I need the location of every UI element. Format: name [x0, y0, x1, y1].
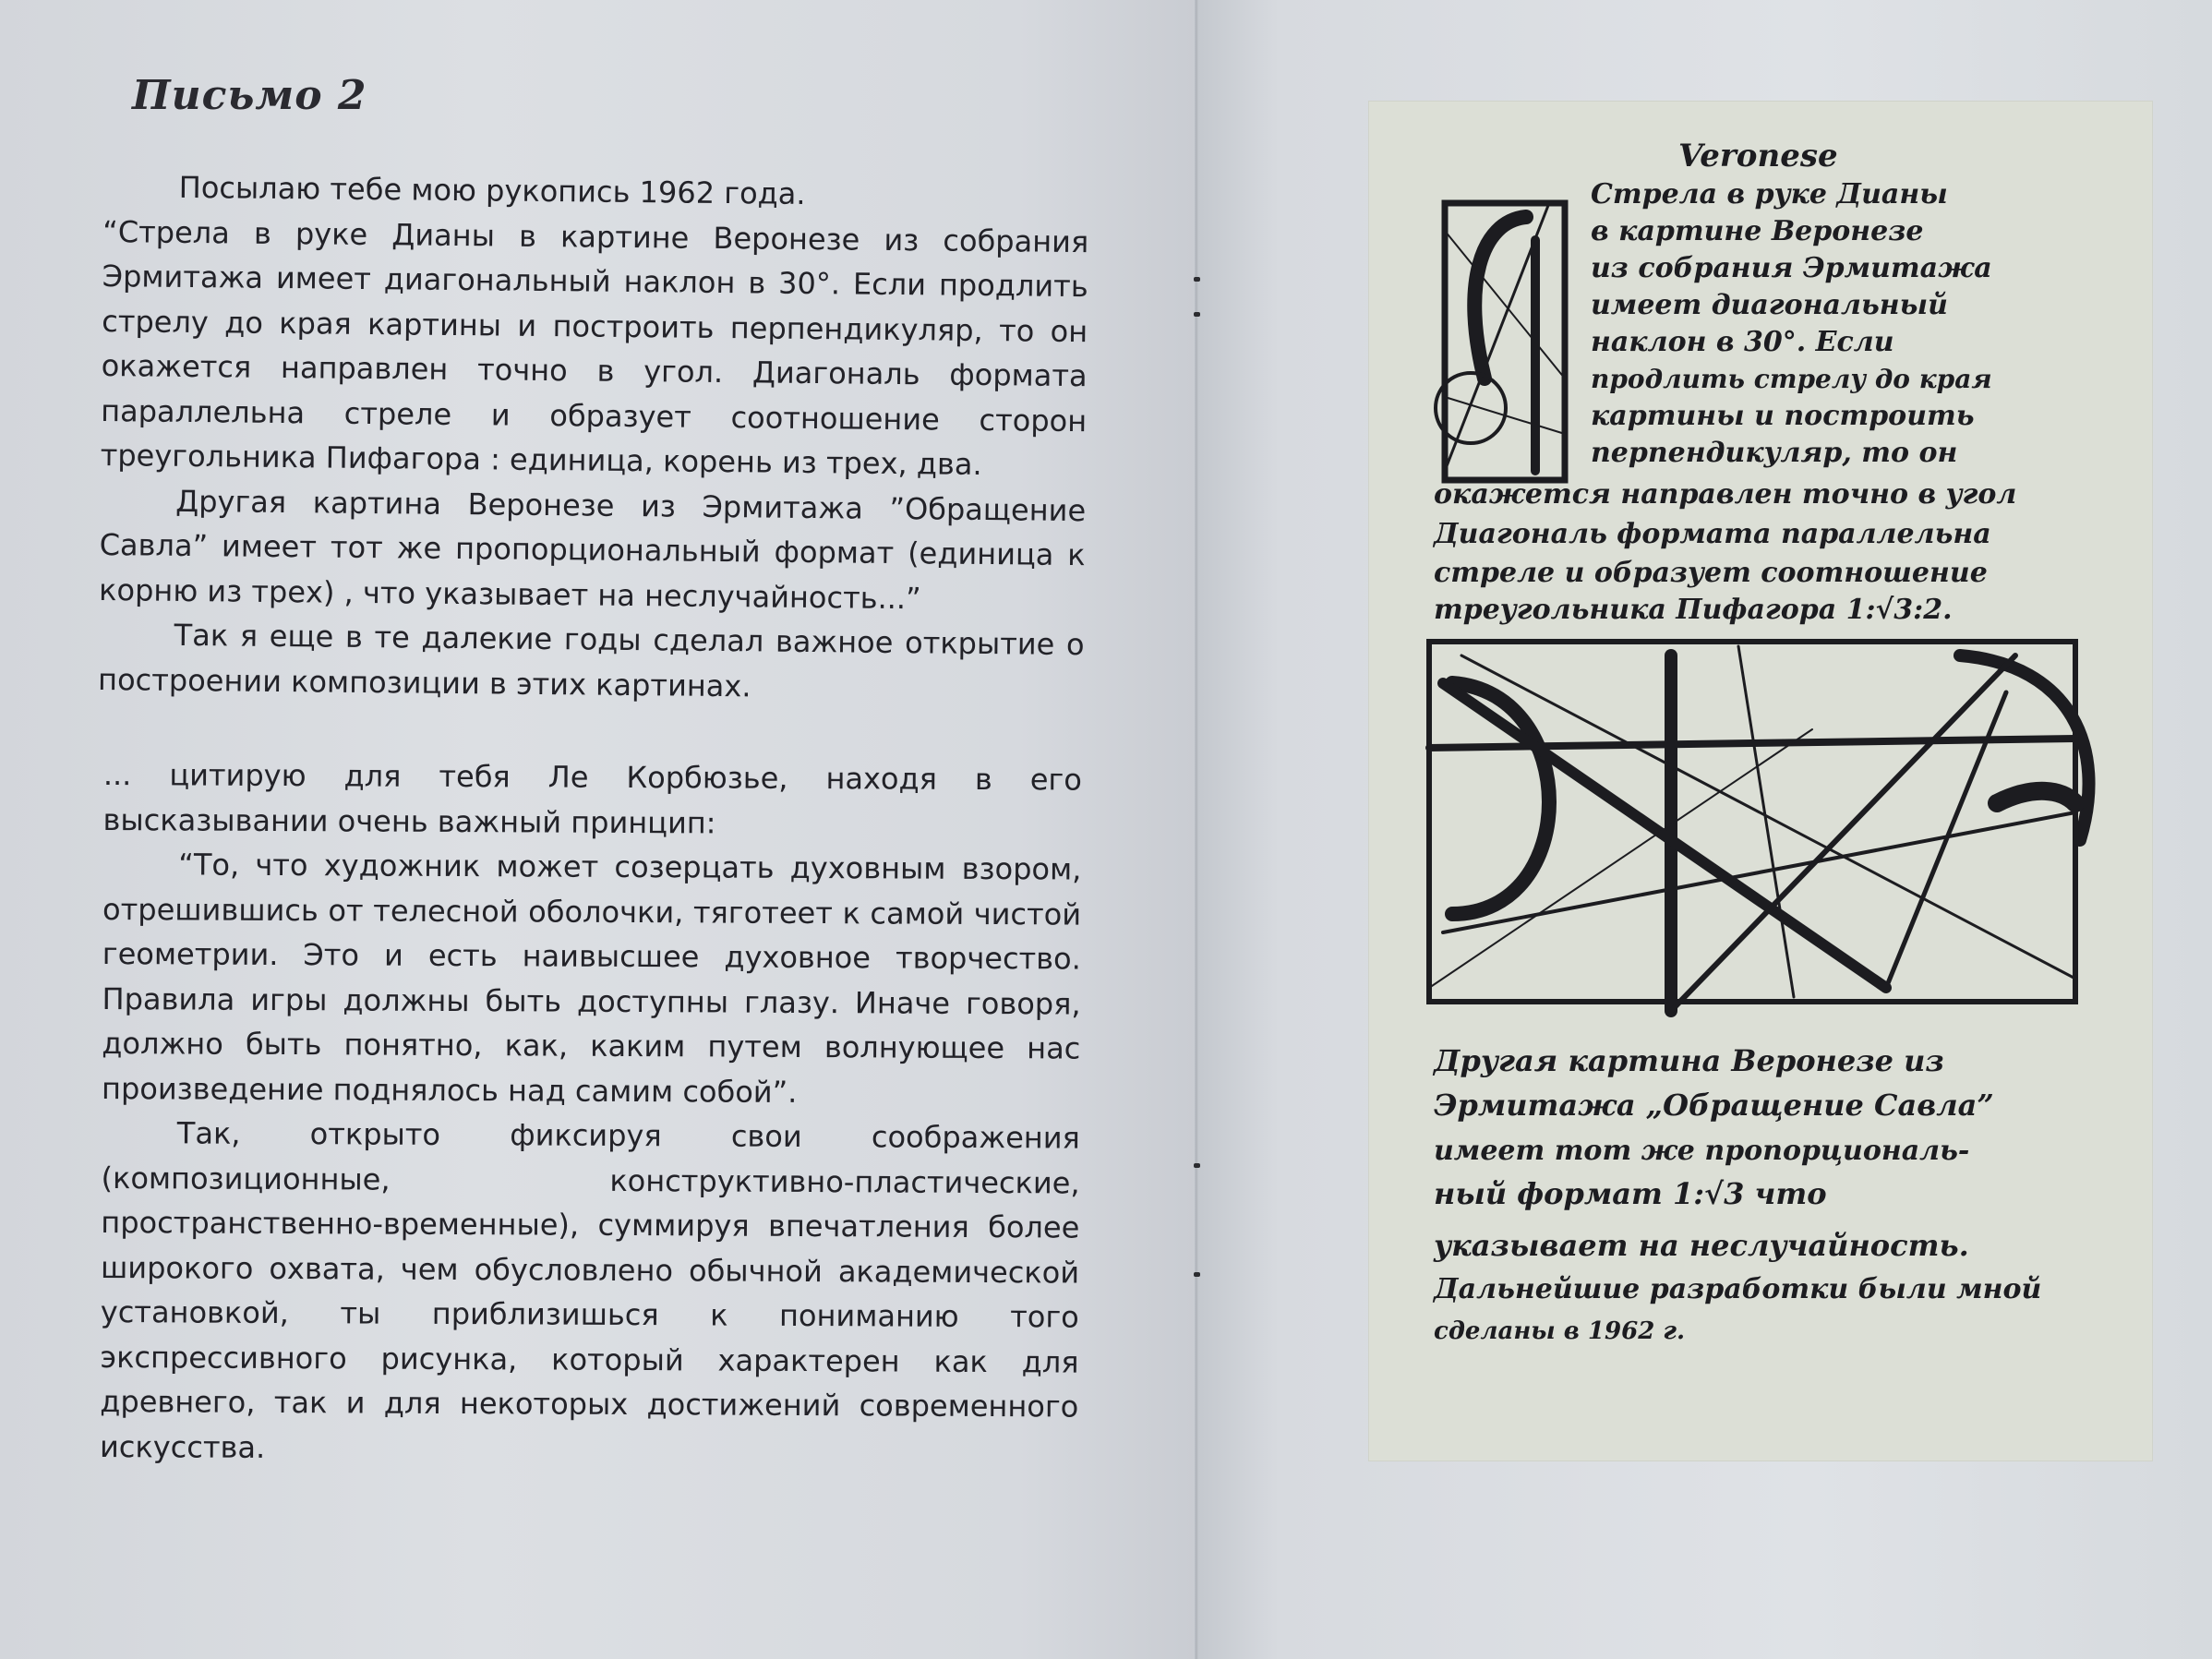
manuscript-line: Дальнейшие разработки были мной — [1432, 1273, 2041, 1305]
manuscript-title: Veronese — [1678, 138, 1838, 174]
text-block-manuscript-quote: Посылаю тебе мою рукопись 1962 года. “Ст… — [98, 164, 1089, 712]
manuscript-line: Другая картина Веронезе из — [1432, 1043, 1944, 1078]
manuscript-line: наклон в 30°. Если — [1591, 326, 1894, 358]
paragraph: Так, открыто фиксируя свои соображения (… — [100, 1111, 1080, 1474]
left-page: Письмо 2 Посылаю тебе мою рукопись 1962 … — [0, 0, 1197, 1659]
text-block-le-corbusier: ... цитирую для тебя Ле Корбюзье, находя… — [100, 752, 1082, 1474]
sketch-frame-diana — [1445, 203, 1565, 480]
paragraph: Другая картина Веронезе из Эрмитажа ”Обр… — [99, 477, 1086, 622]
manuscript-line: Эрмитажа „Обращение Савла” — [1434, 1088, 1994, 1123]
manuscript-line: окажется направлен точно в угол — [1434, 478, 2016, 511]
manuscript-line: треугольника Пифагора 1:√3:2. — [1434, 594, 1953, 626]
manuscript-line: имеет диагональный — [1591, 289, 1948, 321]
manuscript-line: сделаны в 1962 г. — [1434, 1317, 1685, 1345]
paragraph: “То, что художник может созерцать духовн… — [102, 842, 1082, 1116]
manuscript-line: из собрания Эрмитажа — [1591, 252, 1992, 284]
manuscript-line: картины и построить — [1591, 400, 1975, 432]
manuscript-line: стреле и образует соотношение — [1434, 557, 1988, 589]
staple-mark — [1194, 1272, 1200, 1277]
paragraph: ... цитирую для тебя Ле Корбюзье, находя… — [102, 752, 1081, 848]
manuscript-line: продлить стрелу до края — [1591, 364, 1992, 394]
paragraph: “Стрела в руке Дианы в картине Веронезе … — [100, 209, 1088, 487]
manuscript-line: Стрела в руке Дианы — [1591, 178, 1948, 210]
book-gutter — [1195, 0, 1198, 1659]
manuscript-line: ный формат 1:√3 что — [1434, 1176, 1827, 1211]
staple-mark — [1194, 1163, 1200, 1168]
staple-mark — [1194, 312, 1200, 317]
manuscript-line: перпендикуляр, то он — [1591, 437, 1957, 469]
manuscript-line: Диагональ формата параллельна — [1432, 518, 1991, 550]
letter-heading: Письмо 2 — [132, 72, 367, 119]
manuscript-reproduction: Veronese Стрела в руке Дианы в картине В… — [1369, 102, 2152, 1461]
staple-mark — [1194, 277, 1200, 282]
paragraph: Так я еще в те далекие годы сделал важно… — [98, 612, 1085, 712]
manuscript-sketch: Veronese Стрела в руке Дианы в картине В… — [1369, 102, 2152, 1461]
manuscript-line: имеет тот же пропорциональ- — [1434, 1135, 1969, 1167]
manuscript-line: в картине Веронезе — [1591, 215, 1923, 247]
manuscript-line: указывает на неслучайность. — [1433, 1228, 1969, 1263]
